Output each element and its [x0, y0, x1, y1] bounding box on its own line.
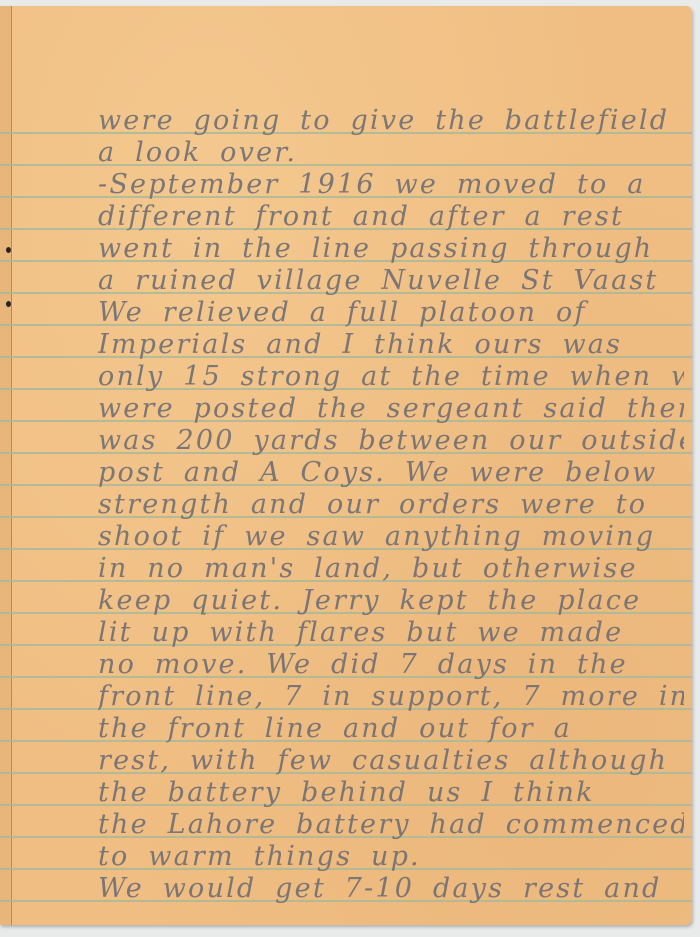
text-line: were posted the sergeant said there	[98, 394, 684, 424]
binding-gutter	[0, 6, 12, 925]
text-line: lit up with flares but we made	[98, 618, 684, 648]
text-line: the Lahore battery had commenced	[98, 810, 684, 840]
text-line: no move. We did 7 days in the	[98, 650, 684, 680]
binding-hole	[6, 247, 11, 253]
text-line: only 15 strong at the time when we	[98, 362, 684, 392]
text-line: a look over.	[98, 138, 684, 168]
text-line: Imperials and I think ours was	[98, 330, 684, 360]
text-line: the battery behind us I think	[98, 778, 684, 808]
text-line: post and A Coys. We were below	[98, 458, 684, 488]
text-line: were going to give the battlefield	[98, 106, 684, 136]
text-line: the front line and out for a	[98, 714, 684, 744]
text-line: to warm things up.	[98, 842, 684, 872]
binding-hole	[6, 301, 11, 307]
text-line: a ruined village Nuvelle St Vaast	[98, 266, 684, 296]
text-line: went in the line passing through	[98, 234, 684, 264]
text-line: -September 1916 we moved to a	[98, 170, 684, 200]
notebook-page: were going to give the battlefield a loo…	[0, 6, 692, 925]
text-line: different front and after a rest	[98, 202, 684, 232]
text-line: shoot if we saw anything moving	[98, 522, 684, 552]
text-line: rest, with few casualties although	[98, 746, 684, 776]
text-line: We would get 7-10 days rest and	[98, 874, 684, 904]
text-line: strength and our orders were to	[98, 490, 684, 520]
text-line: was 200 yards between our outside	[98, 426, 684, 456]
text-line: We relieved a full platoon of	[98, 298, 684, 328]
text-line: front line, 7 in support, 7 more in	[98, 682, 684, 712]
text-line: keep quiet. Jerry kept the place	[98, 586, 684, 616]
text-line: in no man's land, but otherwise	[98, 554, 684, 584]
